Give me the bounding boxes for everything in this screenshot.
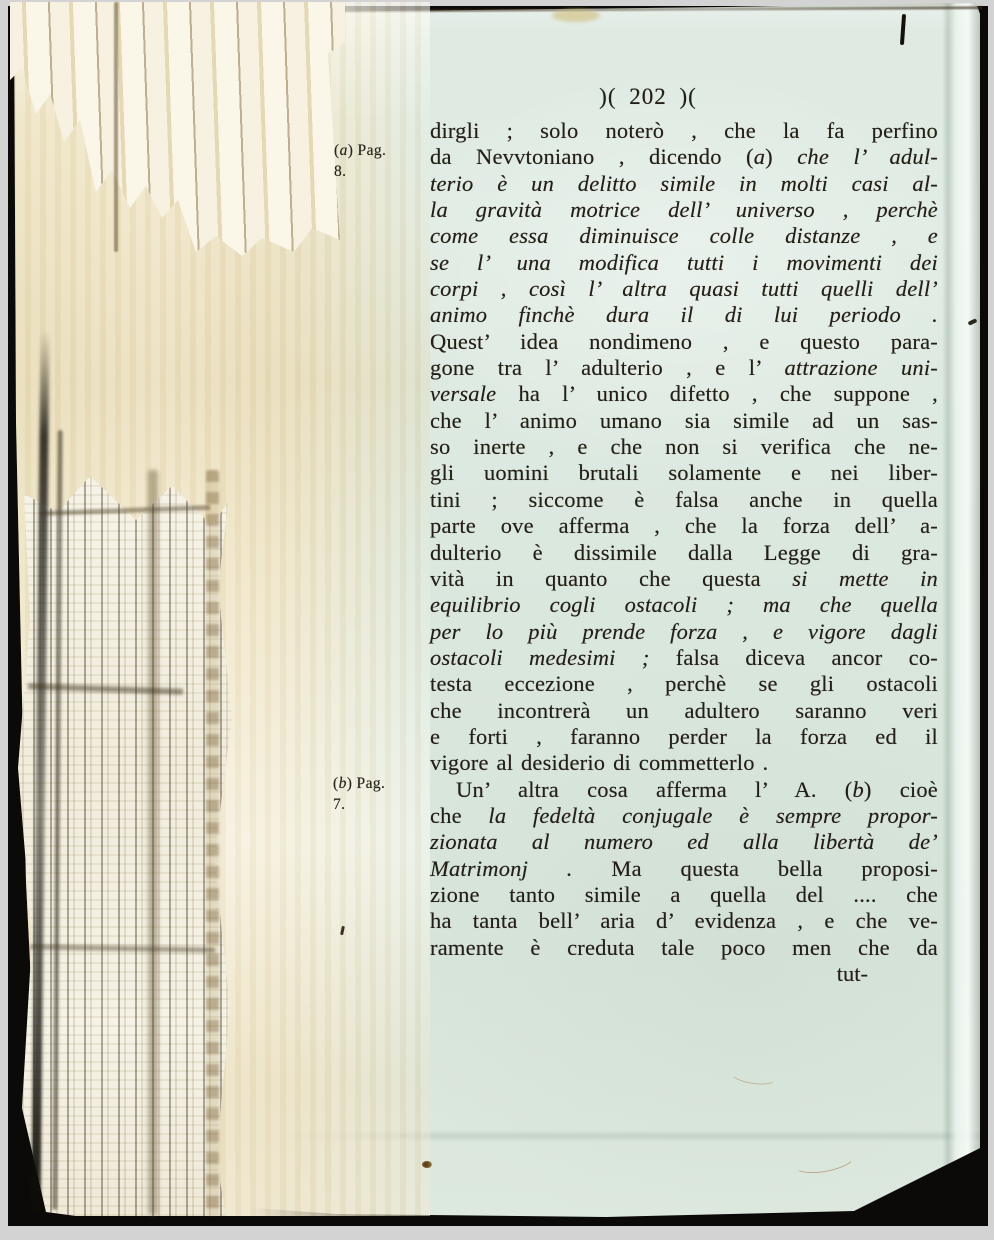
margin-note-ref: (a) Pag. (334, 142, 386, 159)
text-segment: falsa diceva ancor co- (650, 645, 938, 670)
text-line: ramente è creduta tale poco men che da (430, 935, 938, 961)
text-line: la gravità motrice dell’ universo , perc… (430, 197, 938, 223)
text-segment: che l’ adul- (797, 144, 938, 169)
text-line: che la fedeltà conjugale è sempre propor… (430, 803, 938, 829)
text-segment: versale (430, 381, 496, 406)
text-segment: che incontrerà un adultero saranno veri (430, 698, 938, 723)
margin-note-b: (b) Pag. 7. (333, 774, 385, 815)
text-segment: Un’ altra cosa afferma l’ A. ( (456, 777, 852, 802)
text-segment: ramente è creduta tale poco men che da (430, 935, 938, 960)
text-line: Quest’ idea nondimeno , e questo para- (430, 329, 938, 355)
text-line: e forti , faranno perder la forza ed il (430, 724, 938, 750)
text-segment: dirgli ; solo noterò , che la fa perfino (430, 118, 938, 143)
text-segment: so inerte , e che non si verifica che ne… (430, 434, 938, 459)
note-post: ) Pag. (347, 775, 386, 792)
note-post: ) Pag. (348, 142, 387, 159)
text-segment: che l’ animo umano sia simile ad un sas- (430, 408, 938, 433)
text-segment: b (852, 777, 863, 802)
text-line: dulterio è dissimile dalla Legge di gra- (430, 540, 938, 566)
text-line: che l’ animo umano sia simile ad un sas- (430, 408, 938, 434)
text-segment: gone tra l’ adulterio , e l’ (430, 355, 784, 380)
text-line: gone tra l’ adulterio , e l’ attrazione … (430, 355, 938, 381)
text-line: come essa diminuisce colle distanze , e (430, 223, 938, 249)
text-segment: ) cioè (864, 777, 938, 802)
text-segment: la gravità motrice dell’ universo , perc… (430, 197, 938, 222)
page-number-header: )( 202 )( (430, 84, 866, 110)
text-segment: zione tanto simile a quella del .... che (430, 882, 938, 907)
text-segment: gli uomini brutali solamente e nei liber… (430, 460, 938, 485)
text-segment: corpi , così l’ altra quasi tutti quelli… (430, 276, 938, 301)
text-line: zionata al numero ed alla libertà de’ (430, 829, 938, 855)
margin-note-page: 8. (334, 162, 386, 183)
text-segment: per lo più prende forza , e vigore dagli (430, 619, 938, 644)
text-segment: dulterio è dissimile dalla Legge di gra- (430, 540, 938, 565)
text-segment: a (754, 144, 765, 169)
text-segment: la fedeltà conjugale è sempre propor- (488, 803, 938, 828)
text-line: zione tanto simile a quella del .... che (430, 882, 938, 908)
text-line: da Nevvtoniano , dicendo (a) che l’ adul… (430, 144, 938, 170)
text-segment: da Nevvtoniano , dicendo ( (430, 144, 754, 169)
text-segment: ha tanta bell’ aria d’ evidenza , e che … (430, 908, 938, 933)
text-line: equilibrio cogli ostacoli ; ma che quell… (430, 592, 938, 618)
text-line: Matrimonj . Ma questa bella proposi- (430, 856, 938, 882)
text-segment: tini ; siccome è falsa anche in quella (430, 487, 938, 512)
text-line: per lo più prende forza , e vigore dagli (430, 619, 938, 645)
text-line: testa eccezione , perchè se gli ostacoli (430, 671, 938, 697)
text-segment: ostacoli medesimi ; (430, 645, 650, 670)
text-line: dirgli ; solo noterò , che la fa perfino (430, 118, 938, 144)
text-line: terio è un delitto simile in molti casi … (430, 171, 938, 197)
text-line: che incontrerà un adultero saranno veri (430, 698, 938, 724)
text-line: gli uomini brutali solamente e nei liber… (430, 460, 938, 486)
text-segment: ha l’ unico difetto , che suppone , (496, 381, 938, 406)
text-line: ha tanta bell’ aria d’ evidenza , e che … (430, 908, 938, 934)
scanned-book-page-photo: )( 202 )( (a) Pag. 8. (b) Pag. 7. dirgli… (0, 0, 994, 1240)
text-segment: attrazione uni- (784, 355, 938, 380)
text-segment: vità in quanto che questa (430, 566, 792, 591)
margin-note-a: (a) Pag. 8. (334, 141, 386, 182)
text-line: parte ove afferma , che la forza dell’ a… (430, 513, 938, 539)
text-line: so inerte , e che non si verifica che ne… (430, 434, 938, 460)
text-segment: animo finchè dura il di lui periodo . (430, 302, 938, 327)
note-letter: a (340, 142, 348, 159)
text-line: tini ; siccome è falsa anche in quella (430, 487, 938, 513)
text-segment: e forti , faranno perder la forza ed il (430, 724, 938, 749)
text-segment: testa eccezione , perchè se gli ostacoli (430, 671, 938, 696)
text-segment: Quest’ idea nondimeno , e questo para- (430, 329, 938, 354)
page-content: )( 202 )( (a) Pag. 8. (b) Pag. 7. dirgli… (0, 0, 994, 1240)
text-line: versale ha l’ unico difetto , che suppon… (430, 381, 938, 407)
text-segment: che (430, 803, 488, 828)
margin-note-page: 7. (333, 795, 385, 816)
text-line: Un’ altra cosa afferma l’ A. (b) cioè (430, 777, 938, 803)
text-segment: equilibrio cogli ostacoli ; ma che quell… (430, 592, 938, 617)
margin-note-ref: (b) Pag. (333, 775, 385, 792)
text-segment: come essa diminuisce colle distanze , e (430, 223, 938, 248)
text-segment: ) (765, 144, 797, 169)
text-segment: se l’ una modifica tutti i movimenti dei (430, 250, 938, 275)
text-line: corpi , così l’ altra quasi tutti quelli… (430, 276, 938, 302)
text-segment: parte ove afferma , che la forza dell’ a… (430, 513, 938, 538)
text-segment: terio è un delitto simile in molti casi … (430, 171, 938, 196)
text-segment: Matrimonj . (430, 856, 573, 881)
text-segment: vigore al desiderio di commetterlo . (430, 750, 768, 775)
note-letter: b (339, 775, 347, 792)
body-text: dirgli ; solo noterò , che la fa perfino… (430, 118, 938, 961)
text-line: se l’ una modifica tutti i movimenti dei (430, 250, 938, 276)
text-line: animo finchè dura il di lui periodo . (430, 302, 938, 328)
text-line: vigore al desiderio di commetterlo . (430, 750, 938, 776)
text-segment: si mette in (792, 566, 938, 591)
text-line: ostacoli medesimi ; falsa diceva ancor c… (430, 645, 938, 671)
text-segment: zionata al numero ed alla libertà de’ (430, 829, 938, 854)
text-segment: Ma questa bella proposi- (573, 856, 938, 881)
text-line: vità in quanto che questa si mette in (430, 566, 938, 592)
catchword: tut- (430, 961, 938, 987)
